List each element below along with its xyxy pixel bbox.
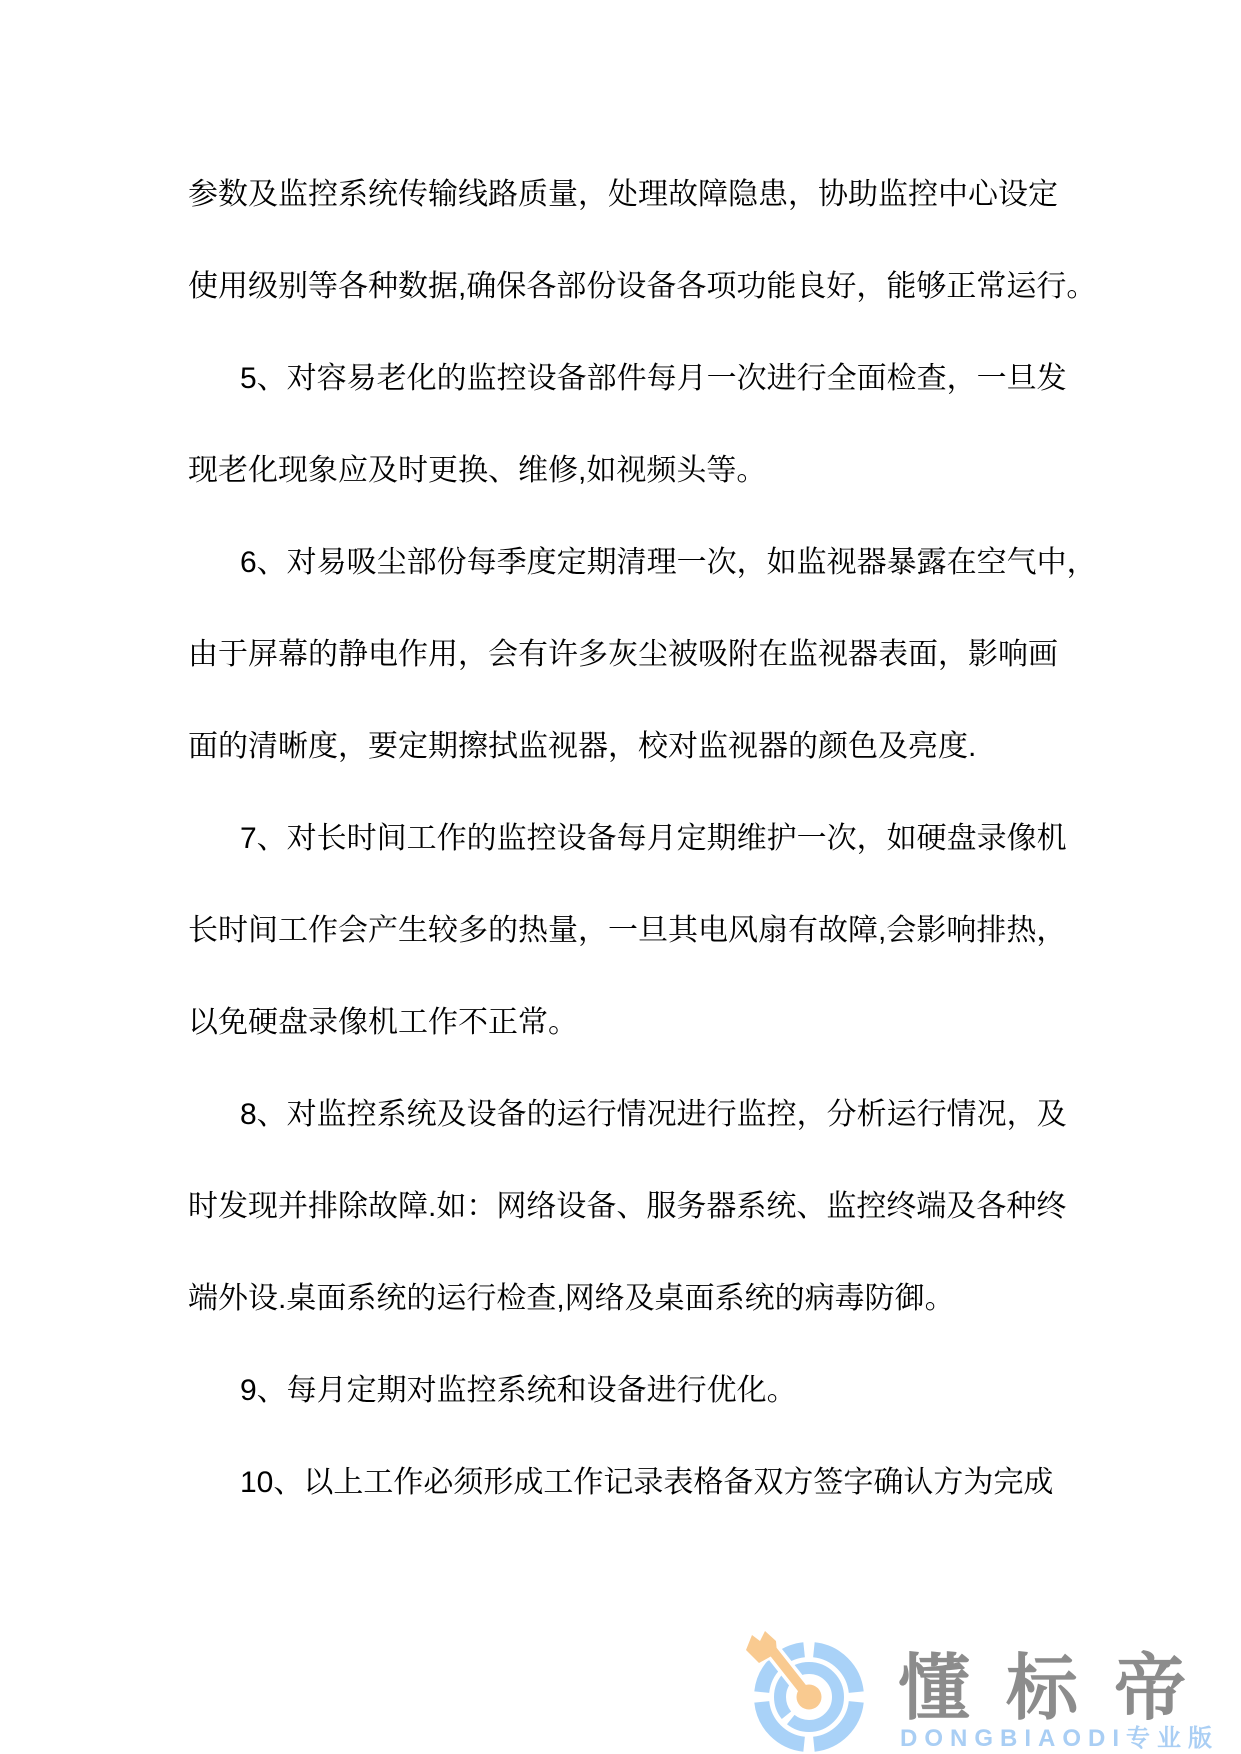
document-page: 参数及监控系统传输线路质量，处理故障隐患，协助监控中心设定使用级别等各种数据,确…: [0, 0, 1241, 1754]
brand-subtext: DONGBIAODI专业版: [900, 1726, 1219, 1752]
text-line: 长时间工作会产生较多的热量，一旦其电风扇有故障,会影响排热，: [188, 885, 1108, 977]
text-line: 使用级别等各种数据,确保各部份设备各项功能良好，能够正常运行。: [188, 241, 1108, 333]
text-line: 7、对长时间工作的监控设备每月定期维护一次，如硬盘录像机: [188, 793, 1108, 885]
text-line: 由于屏幕的静电作用，会有许多灰尘被吸附在监视器表面，影响画: [188, 609, 1108, 701]
text-line: 9、每月定期对监控系统和设备进行优化。: [188, 1345, 1108, 1437]
brand-watermark: 懂标帝 DONGBIAODI专业版: [730, 1600, 1241, 1754]
text-line: 参数及监控系统传输线路质量，处理故障隐患，协助监控中心设定: [188, 149, 1108, 241]
text-line: 现老化现象应及时更换、维修,如视频头等。: [188, 425, 1108, 517]
text-line: 面的清晰度，要定期擦拭监视器，校对监视器的颜色及亮度.: [188, 701, 1108, 793]
brand-name: 懂标帝: [898, 1651, 1222, 1727]
bullseye-arrow-logo-icon: [735, 1620, 870, 1754]
text-line: 10、以上工作必须形成工作记录表格备双方签字确认方为完成: [188, 1437, 1108, 1529]
text-line: 6、对易吸尘部份每季度定期清理一次，如监视器暴露在空气中，: [188, 517, 1108, 609]
text-line: 端外设.桌面系统的运行检查,网络及桌面系统的病毒防御。: [188, 1253, 1108, 1345]
document-body: 参数及监控系统传输线路质量，处理故障隐患，协助监控中心设定使用级别等各种数据,确…: [188, 149, 1108, 1529]
text-line: 5、对容易老化的监控设备部件每月一次进行全面检查，一旦发: [188, 333, 1108, 425]
text-line: 以免硬盘录像机工作不正常。: [188, 977, 1108, 1069]
text-line: 时发现并排除故障.如：网络设备、服务器系统、监控终端及各种终: [188, 1161, 1108, 1253]
text-line: 8、对监控系统及设备的运行情况进行监控，分析运行情况，及: [188, 1069, 1108, 1161]
